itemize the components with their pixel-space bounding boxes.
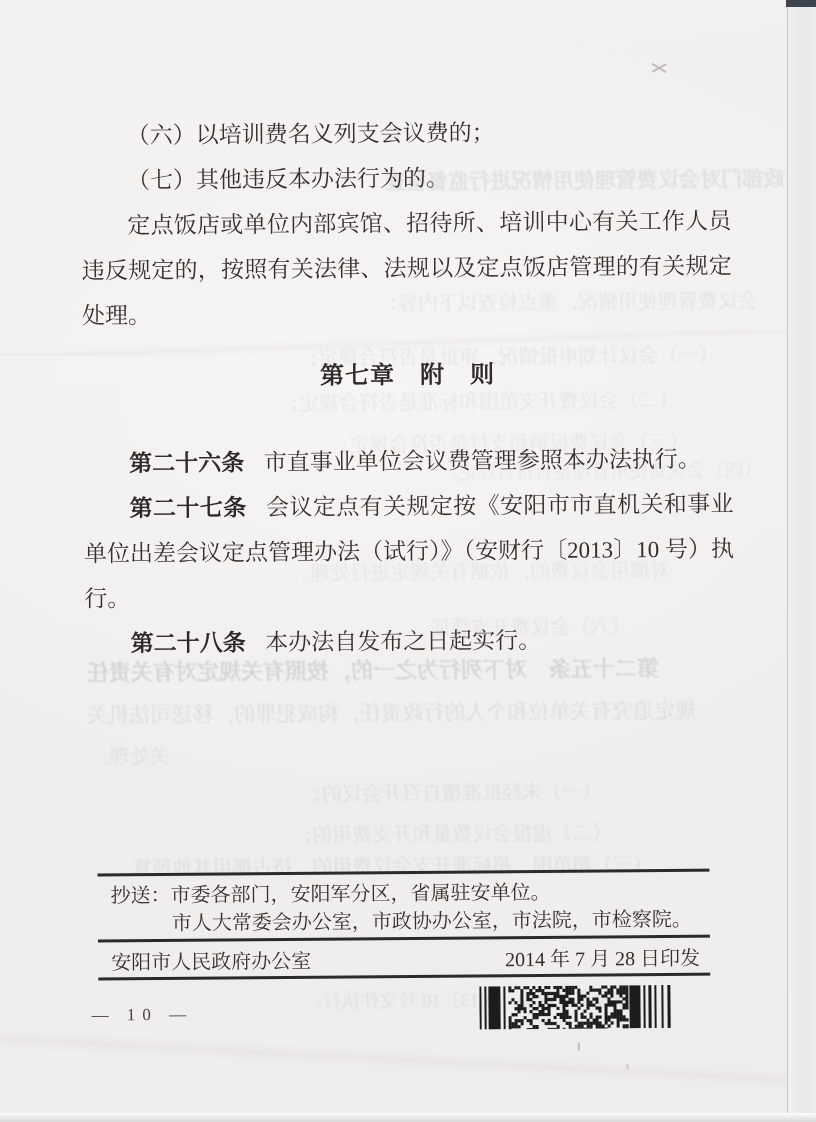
ink-speck	[626, 1064, 629, 1069]
footer-divider-top	[97, 869, 709, 877]
article-27: 第二十七条会议定点有关规定按《安阳市市直机关和事业单位出差会议定点管理办法（试行…	[83, 481, 734, 621]
article-28: 第二十八条本办法自发布之日起实行。	[84, 616, 734, 666]
article-27-label: 第二十七条	[129, 494, 246, 521]
issuer-row: 安阳市人民政府办公室 2014 年 7 月 28 日印发	[98, 942, 710, 976]
scanner-corner-shadow	[786, 0, 816, 7]
bleedthrough-text: 关处理。	[89, 740, 169, 770]
page-number: — 10 —	[91, 1005, 193, 1026]
print-date: 2014 年 7 月 28 日印发	[505, 942, 700, 973]
bleedthrough-text: （二）虚报会议数量和开支费用的；	[292, 816, 612, 848]
article-26-label: 第二十六条	[129, 449, 244, 476]
bleedthrough-text: （一）未经批准擅自召开会议的；	[302, 775, 602, 806]
copy-recipients-1: 市委各部门，安阳军分区，省属驻安单位。	[171, 882, 551, 907]
article-28-text: 本办法自发布之日起实行。	[265, 628, 541, 655]
issuing-office: 安阳市人民政府办公室	[111, 945, 311, 976]
article-28-label: 第二十八条	[131, 629, 246, 656]
ink-speck	[578, 1043, 580, 1051]
copy-distribution-block: 抄送：市委各部门，安阳军分区，省属驻安单位。 市人大常委会办公室，市政协办公室，…	[111, 878, 717, 939]
paper-right-edge	[787, 0, 816, 1122]
article-26: 第二十六条市直事业单位会议费管理参照本办法执行。	[83, 436, 733, 486]
list-item-7: （七）其他违反本办法行为的。	[81, 153, 731, 203]
barcode-2d-icon	[479, 985, 673, 1030]
chapter-heading: 第七章 附 则	[82, 350, 732, 400]
paper-bottom-edge	[0, 1113, 816, 1122]
copy-label: 抄送：	[111, 885, 171, 907]
bleedthrough-text: 规定追究有关单位和个人的行政责任，构成犯罪的，移送司法机关	[87, 695, 696, 730]
page-content: 财政部门对会议费管理使用情况进行监督检查 会议费管理使用情况，重点检查以下内容：…	[0, 0, 816, 1122]
scanned-document-page: 财政部门对会议费管理使用情况进行监督检查 会议费管理使用情况，重点检查以下内容：…	[0, 0, 816, 1122]
penalty-paragraph: 定点饭店或单位内部宾馆、招待所、培训中心有关工作人员违反规定的，按照有关法律、法…	[81, 198, 732, 338]
list-item-6: （六）以培训费名义列支会议费的；	[80, 108, 730, 158]
copy-distribution-line2: 市人大常委会办公室，市政协办公室，市法院，市检察院。	[111, 906, 717, 939]
pen-mark	[651, 60, 667, 76]
bleedthrough-text: （三）超范围、超标准开支会议费用的，挤占挪用其他预算	[132, 848, 652, 881]
article-26-text: 市直事业单位会议费管理参照本办法执行。	[264, 447, 701, 475]
document-body: （六）以培训费名义列支会议费的； （七）其他违反本办法行为的。 定点饭店或单位内…	[80, 108, 734, 666]
